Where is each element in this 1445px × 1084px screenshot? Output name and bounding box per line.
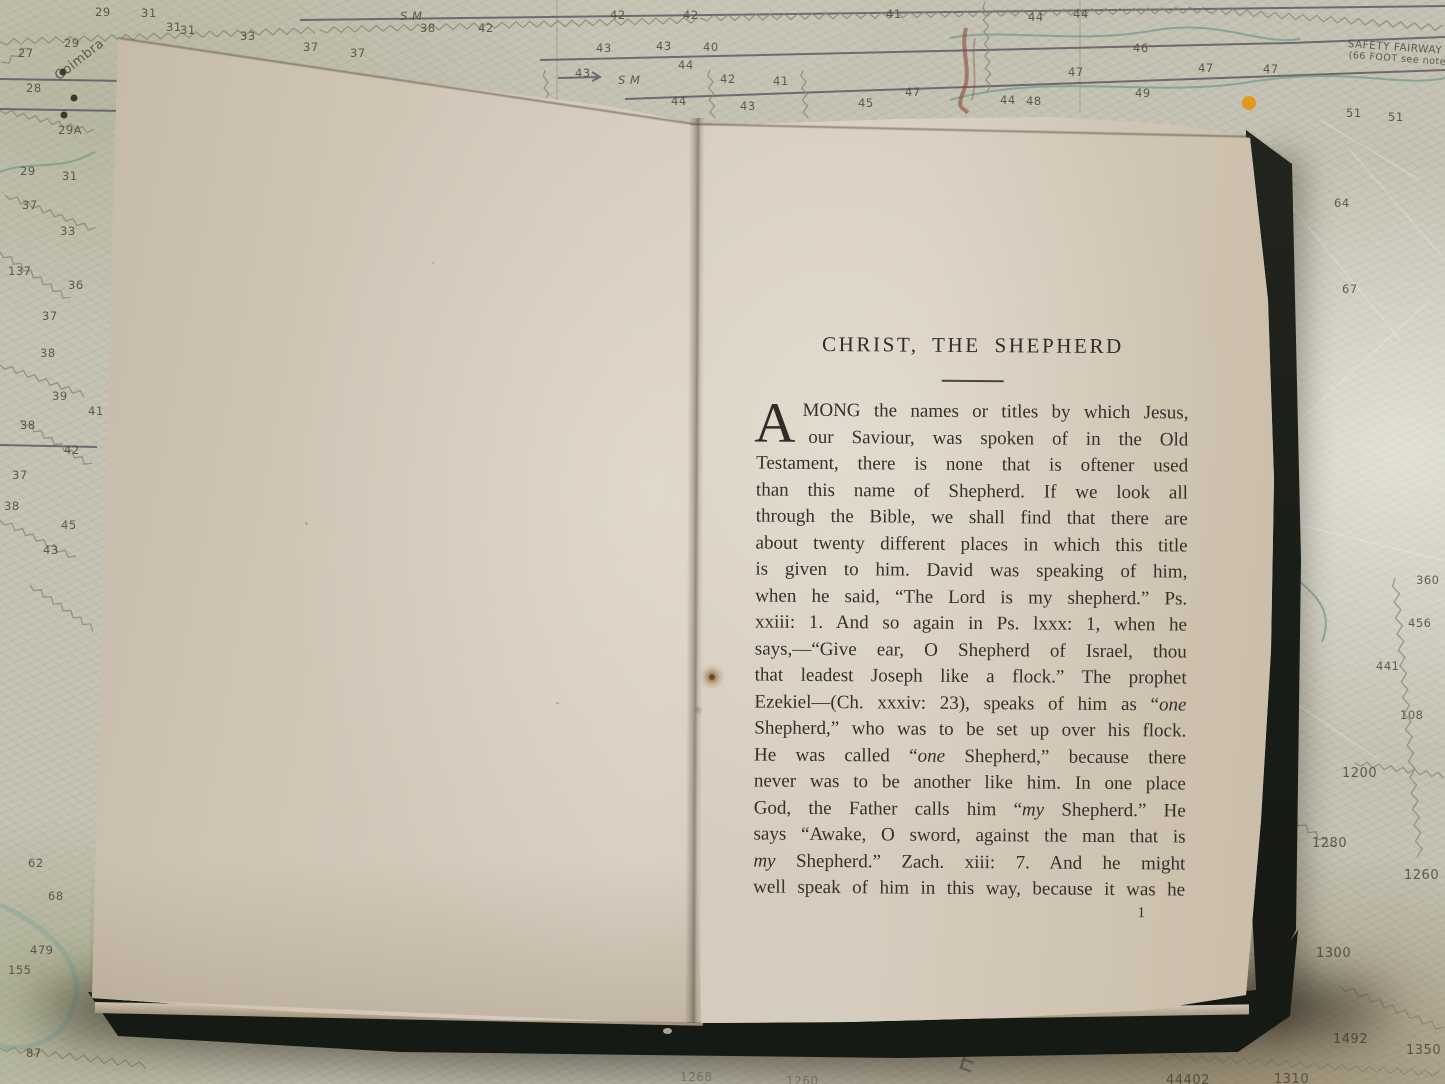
map-sounding-label: 31	[62, 169, 78, 183]
text-line: says “Awake, O sword, against the man th…	[753, 821, 1185, 851]
map-sounding-label: 155	[8, 963, 31, 977]
map-sounding-label: 62	[28, 856, 44, 870]
map-sounding-label: 44402	[1166, 1073, 1210, 1084]
map-sounding-label: 51	[1388, 110, 1404, 124]
paper-speck	[305, 522, 308, 525]
map-sounding-label: 41	[886, 7, 902, 21]
map-sounding-label: 40	[703, 40, 719, 54]
map-sounding-label: 45	[61, 518, 77, 532]
photo-of-open-book-on-nautical-chart: SAFETY FAIRWAY(66 FOOT see note A)313337…	[0, 0, 1445, 1084]
text-line: God, the Father calls him “my Shepherd.”…	[754, 795, 1186, 825]
text-line: well speak of him in this way, because i…	[753, 874, 1185, 904]
map-sounding-label: 43	[596, 41, 612, 55]
map-sounding-label: 360	[1416, 573, 1439, 587]
text-line: Testament, there is none that is oftener…	[756, 450, 1188, 480]
map-sounding-label: S M	[618, 73, 640, 87]
paper-speck	[556, 702, 559, 704]
map-sounding-label: 29A	[58, 123, 82, 137]
map-sounding-label: 49	[1135, 86, 1151, 100]
paper-speck	[432, 262, 434, 264]
map-sounding-label: 44	[671, 94, 687, 108]
map-sounding-label: 29	[20, 164, 36, 178]
map-sounding-label: 42	[478, 21, 494, 35]
map-sounding-label: 38	[40, 346, 56, 360]
map-sounding-label: 441	[1376, 659, 1399, 673]
map-sounding-label: 1350	[1406, 1043, 1441, 1058]
drop-cap: A	[754, 399, 796, 448]
text-line: that leadest Joseph like a flock.” The p…	[755, 662, 1187, 692]
map-sounding-label: 41	[88, 404, 104, 418]
map-sounding-label: 38	[20, 418, 36, 432]
map-sounding-label: 47	[1263, 62, 1279, 76]
map-sounding-label: 43	[575, 66, 591, 80]
orange-marker-dot	[1242, 96, 1256, 110]
map-sounding-label: 1268	[680, 1070, 713, 1084]
map-sounding-label: 44	[678, 58, 694, 72]
map-sounding-label: 37	[303, 40, 319, 54]
text-line: than this name of Shepherd. If we look a…	[756, 477, 1188, 507]
text-line: xxiii: 1. And so again in Ps. lxxx: 1, w…	[755, 609, 1187, 639]
map-sounding-label: 1300	[1316, 946, 1351, 961]
map-sounding-label: 37	[42, 309, 58, 323]
map-sounding-label: 48	[1026, 94, 1042, 108]
map-sounding-label: 43	[656, 39, 672, 53]
text-line: through the Bible, we shall find that th…	[756, 503, 1188, 533]
text-line: when he said, “The Lord is my shepherd.”…	[755, 583, 1187, 613]
map-sounding-label: 68	[48, 889, 64, 903]
map-sounding-label: 108	[1400, 708, 1423, 722]
map-sounding-label: 29	[95, 5, 111, 19]
paragraph: A MONG the names or titles by which Jesu…	[753, 397, 1189, 904]
map-sounding-label: 37	[22, 198, 38, 212]
map-sounding-label: 31	[180, 23, 196, 37]
map-sounding-label: 42	[64, 443, 80, 457]
text-line: MONG the names or titles by which Jesus,	[756, 397, 1188, 427]
map-sounding-label: 137	[8, 264, 31, 278]
map-sounding-label: 44	[1000, 93, 1016, 107]
map-sounding-label: 1200	[1342, 766, 1377, 781]
map-sounding-label: 45	[858, 96, 874, 110]
map-sounding-label: S M	[400, 9, 422, 23]
map-sounding-label: 67	[1342, 282, 1358, 296]
map-sounding-label: 479	[30, 943, 53, 957]
map-sounding-label: 41	[773, 74, 789, 88]
paragraph-lines: MONG the names or titles by which Jesus,…	[753, 397, 1189, 904]
map-sounding-label: 37	[12, 468, 28, 482]
map-sounding-label: 42	[610, 8, 626, 22]
text-line: He was called “one Shepherd,” because th…	[754, 742, 1186, 772]
text-line: our Saviour, was spoken of in the Old	[756, 424, 1188, 454]
map-sounding-label: 39	[52, 389, 68, 403]
map-sounding-label: 36	[68, 278, 84, 292]
map-sounding-label: 44	[1028, 10, 1044, 24]
map-sounding-label: 44	[1073, 7, 1089, 21]
map-sounding-label: 1280	[1312, 836, 1347, 851]
map-sounding-label: 47	[1068, 65, 1084, 79]
map-sounding-label: 42	[683, 8, 699, 22]
text-line: Ezekiel—(Ch. xxxiv: 23), speaks of him a…	[754, 689, 1186, 719]
map-sounding-label: 51	[1346, 106, 1362, 120]
foxing-spot	[699, 664, 725, 690]
map-sounding-label: 33	[240, 29, 256, 43]
map-sounding-label: 47	[1198, 61, 1214, 75]
map-sounding-label: 38	[4, 499, 20, 513]
map-sounding-label: 28	[26, 81, 42, 95]
map-sounding-label: 27	[18, 46, 34, 60]
printed-text-block: CHRIST, THE SHEPHERD A MONG the names or…	[753, 331, 1189, 922]
map-sounding-label: 31	[141, 6, 157, 20]
left-page-shading	[90, 860, 705, 1025]
map-sounding-label: 64	[1334, 196, 1350, 210]
map-sounding-label: 33	[60, 224, 76, 238]
map-sounding-label: 1260	[786, 1074, 819, 1084]
page-number: 1	[753, 902, 1185, 922]
map-sounding-label: 87	[26, 1046, 42, 1060]
map-sounding-label: 43	[740, 99, 756, 113]
map-sounding-label: 1260	[1404, 868, 1439, 883]
red-scribble	[960, 28, 975, 113]
map-sounding-label: 1492	[1333, 1032, 1368, 1047]
map-sounding-label: 456	[1408, 616, 1431, 630]
heading-rule	[942, 380, 1004, 382]
cover-paint-speck	[663, 1028, 672, 1034]
map-sounding-label: 46	[1133, 41, 1149, 55]
foxing-spot-small	[692, 704, 704, 716]
map-sounding-label: 43	[43, 543, 59, 557]
map-sounding-label: 47	[905, 85, 921, 99]
text-line: Shepherd,” who was to be set up over his…	[754, 715, 1186, 745]
text-line: my Shepherd.” Zach. xiii: 7. And he migh…	[753, 848, 1185, 878]
text-line: is given to him. David was speaking of h…	[755, 556, 1187, 586]
text-line: never was to be another like him. In one…	[754, 768, 1186, 798]
map-sounding-label: 42	[720, 72, 736, 86]
map-sounding-label: 37	[350, 46, 366, 60]
chapter-heading: CHRIST, THE SHEPHERD	[757, 331, 1189, 359]
text-line: says,—“Give ear, O Shepherd of Israel, t…	[755, 636, 1187, 666]
map-sounding-label: 29	[64, 36, 80, 50]
text-line: about twenty different places in which t…	[755, 530, 1187, 560]
map-sounding-label: 1310	[1274, 1072, 1309, 1084]
map-sounding-label: 38	[420, 21, 436, 35]
